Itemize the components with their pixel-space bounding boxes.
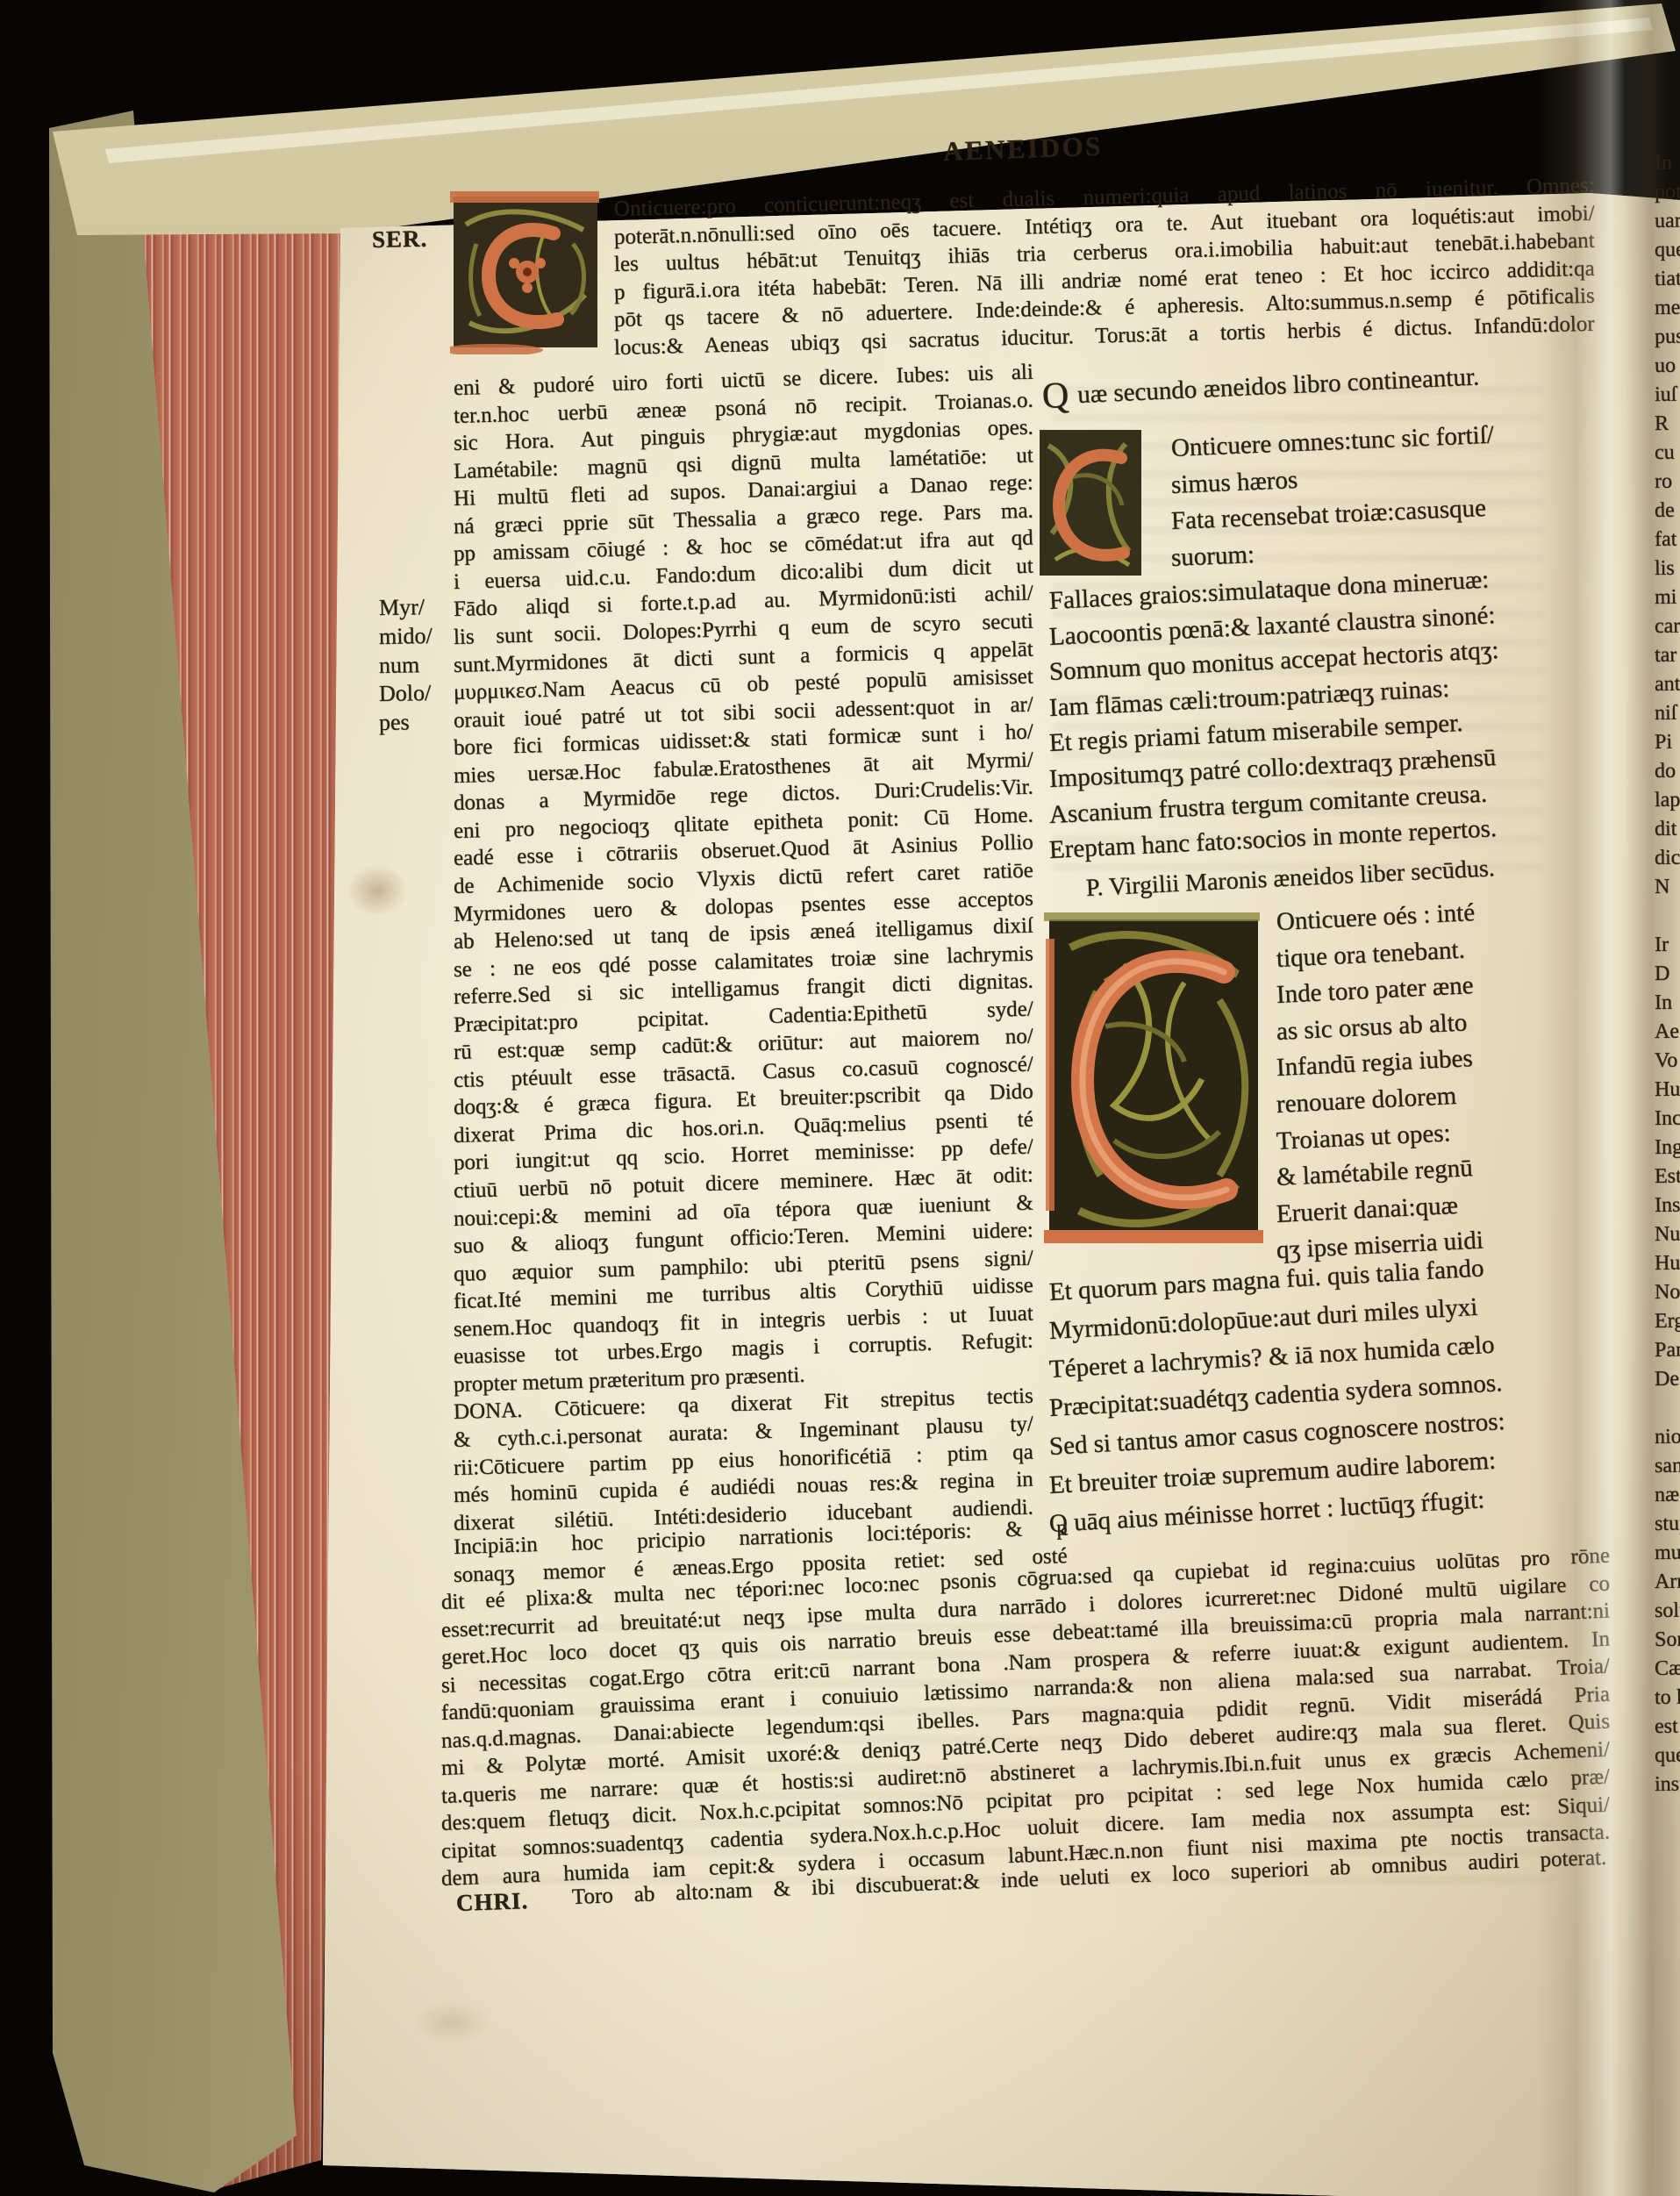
text-line: dit — [1655, 816, 1680, 841]
text-line: ant — [1655, 671, 1680, 697]
text-line: uar — [1655, 208, 1680, 233]
text-line: lap — [1655, 787, 1680, 812]
text-line: to leua — [1655, 1685, 1680, 1710]
text-line: Pi — [1655, 729, 1680, 755]
decorated-initial-C-small — [450, 191, 603, 354]
text-line: tar — [1655, 642, 1680, 668]
text-line: cu — [1655, 440, 1680, 465]
marginal-siglum-christophorus: CHRI. — [455, 1887, 528, 1918]
text-line: Dese — [1655, 1366, 1680, 1391]
text-line: sanæ. — [1655, 1453, 1680, 1478]
text-line: mido/ — [379, 622, 463, 650]
text-line: R — [1655, 411, 1680, 436]
text-line: Dolo/ — [379, 680, 463, 708]
text-line: me — [1655, 295, 1680, 320]
text-line: pes — [379, 709, 463, 737]
text-line: pot — [1655, 179, 1680, 204]
photo-of-incunabulum-page: AENEIDOS SER. Myr/mido/numDolo/pes — [0, 0, 1680, 2196]
text-line: Ing — [1655, 1134, 1680, 1160]
text-line: que — [1655, 237, 1680, 262]
text-line: num — [379, 651, 463, 679]
text-line: de — [1655, 497, 1680, 523]
text-line: ro — [1655, 469, 1680, 494]
text-line: insulat — [1655, 1771, 1680, 1797]
text-line: mi — [1655, 584, 1680, 610]
text-line: D — [1655, 961, 1680, 986]
text-line: Incl — [1655, 1105, 1680, 1131]
text-line: N — [1655, 874, 1680, 899]
text-line: Vo — [1655, 1048, 1680, 1073]
text-line: munt: — [1655, 1540, 1680, 1565]
marginal-siglum-servius: SER. — [372, 225, 428, 254]
text-line: stuper — [1655, 1511, 1680, 1536]
text-line: Ae — [1655, 1019, 1680, 1044]
text-line: No — [1655, 1279, 1680, 1305]
text-line: Arma — [1655, 1569, 1680, 1594]
text-line: Hu — [1655, 1077, 1680, 1102]
text-line: Sortit — [1655, 1627, 1680, 1652]
text-line: Pan — [1655, 1337, 1680, 1363]
text-line: fat — [1655, 526, 1680, 552]
text-line: niose: — [1655, 1424, 1680, 1449]
text-line: Hu — [1655, 1250, 1680, 1276]
text-line: Nu — [1655, 1221, 1680, 1247]
running-header: AENEIDOS — [942, 131, 1103, 168]
text-line: In — [1655, 990, 1680, 1015]
text-line: Cæco — [1655, 1656, 1680, 1681]
text-line: Erg — [1655, 1308, 1680, 1334]
text-line: Myr/ — [379, 593, 463, 621]
text-line: Est — [1655, 1163, 1680, 1189]
text-line: tiat — [1655, 266, 1680, 291]
decorated-initial-C-large — [1044, 912, 1265, 1253]
text-line: Ir — [1655, 932, 1680, 957]
text-line: næ sig — [1655, 1482, 1680, 1507]
text-line: solutiō — [1655, 1598, 1680, 1623]
text-line: Insu — [1655, 1192, 1680, 1218]
text-line: uo — [1655, 353, 1680, 378]
text-line: In — [1655, 150, 1680, 175]
text-line: lis — [1655, 555, 1680, 581]
text-line: niſ — [1655, 700, 1680, 726]
heading-initial-Q: Q — [1041, 376, 1069, 417]
text-line: est quo — [1655, 1713, 1680, 1739]
text-line: que ne — [1655, 1742, 1680, 1768]
decorated-initial-C-medium — [1038, 428, 1145, 579]
text-line: iuſ — [1655, 382, 1680, 407]
text-line: pus — [1655, 324, 1680, 349]
text-line: car — [1655, 613, 1680, 639]
text-line: dic — [1655, 845, 1680, 870]
text-line: do — [1655, 758, 1680, 783]
